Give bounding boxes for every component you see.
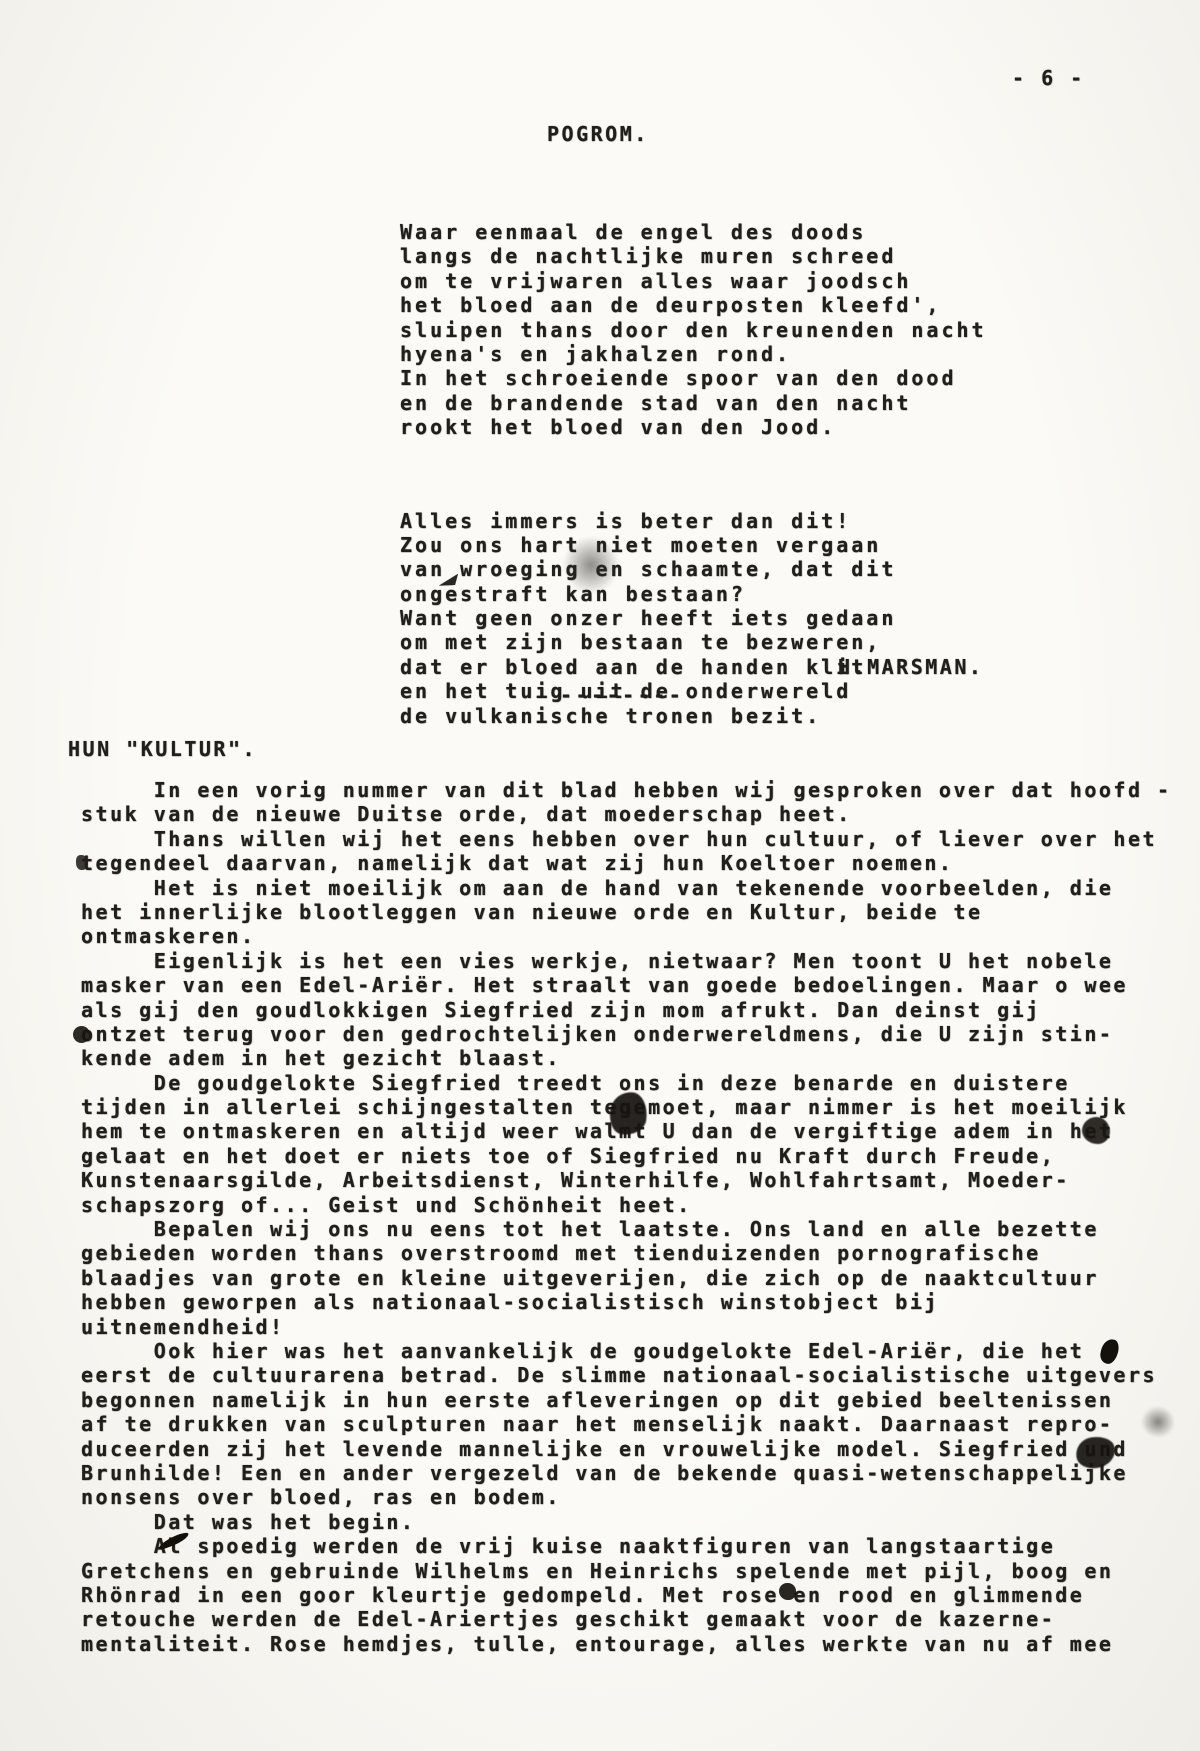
text-line: van wroeging en schaamte, dat dit <box>400 557 987 581</box>
article-body: In een vorig nummer van dit blad hebben … <box>81 778 1172 1656</box>
text-line: kende adem in het gezicht blaast. <box>81 1046 1172 1070</box>
text-line: eerst de cultuurarena betrad. De slimme … <box>81 1363 1172 1387</box>
text-line: hyena's en jakhalzen rond. <box>400 342 987 366</box>
text-line: stuk van de nieuwe Duitse orde, dat moed… <box>81 802 1172 826</box>
text-line: gebieden worden thans overstroomd met ti… <box>81 1241 1172 1265</box>
text-line: Waar eenmaal de engel des doods <box>400 220 987 244</box>
text-line: tijden in allerlei schijngestalten tegem… <box>81 1095 1172 1119</box>
text-line: de vulkanische tronen bezit. <box>400 704 987 728</box>
text-line: schapszorg of... Geist und Schönheit hee… <box>81 1193 1172 1217</box>
text-line: rookt het bloed van den Jood. <box>400 415 987 439</box>
text-line: In een vorig nummer van dit blad hebben … <box>81 778 1172 802</box>
text-line: af te drukken van sculpturen naar het me… <box>81 1412 1172 1436</box>
text-line: hebben geworpen als nationaal-socialisti… <box>81 1290 1172 1314</box>
text-line: nonsens over bloed, ras en bodem. <box>81 1485 1172 1509</box>
text-line: retouche werden de Edel-Ariertjes geschi… <box>81 1607 1172 1631</box>
text-line: als gij den goudlokkigen Siegfried zijn … <box>81 998 1172 1022</box>
text-line: langs de nachtlijke muren schreed <box>400 244 987 268</box>
text-line: en de brandende stad van den nacht <box>400 391 987 415</box>
text-line: blaadjes van grote en kleine uitgeverije… <box>81 1266 1172 1290</box>
text-line: duceerden zij het levende mannelijke en … <box>81 1437 1172 1461</box>
poem-stanza-2: Alles immers is beter dan dit!Zou ons ha… <box>400 509 987 729</box>
text-line: en het tuig uit de onderwereld <box>400 679 987 703</box>
text-line: In het schroeiende spoor van den dood <box>400 366 987 390</box>
text-line: Thans willen wij het eens hebben over hu… <box>81 827 1172 851</box>
text-line: Zou ons hart niet moeten vergaan <box>400 533 987 557</box>
text-line: Dat was het begin. <box>81 1510 1172 1534</box>
text-line: tegendeel daarvan, namelijk dat wat zij … <box>81 851 1172 875</box>
text-line: sluipen thans door den kreunenden nacht <box>400 318 987 342</box>
text-line: Gretchens en gebruinde Wilhelms en Heinr… <box>81 1559 1172 1583</box>
text-line: mentaliteit. Rose hemdjes, tulle, entour… <box>81 1632 1172 1656</box>
scanned-document-page: - 6 - POGROM. Waar eenmaal de engel des … <box>0 0 1200 1751</box>
text-line: Alles immers is beter dan dit! <box>400 509 987 533</box>
text-line: Het is niet moeilijk om aan de hand van … <box>81 876 1172 900</box>
text-line: begonnen namelijk in hun eerste afleveri… <box>81 1388 1172 1412</box>
text-line: Al spoedig werden de vrij kuise naaktfig… <box>81 1534 1172 1558</box>
text-line: Want geen onzer heeft iets gedaan <box>400 606 987 630</box>
text-line: Kunstenaarsgilde, Arbeitsdienst, Winterh… <box>81 1168 1172 1192</box>
poem-author: H.MARSMAN. <box>838 655 983 679</box>
text-line: masker van een Edel-Ariër. Het straalt v… <box>81 973 1172 997</box>
text-line: Ook hier was het aanvankelijk de goudgel… <box>81 1339 1172 1363</box>
text-line: Brunhilde! Een en ander vergezeld van de… <box>81 1461 1172 1485</box>
text-line: het bloed aan de deurposten kleefd', <box>400 293 987 317</box>
text-line: ongestraft kan bestaan? <box>400 582 987 606</box>
text-line: Bepalen wij ons nu eens tot het laatste.… <box>81 1217 1172 1241</box>
text-line: ontmaskeren. <box>81 924 1172 948</box>
poem-title: POGROM. <box>547 122 649 146</box>
article-heading: HUN "KULTUR". <box>68 737 257 761</box>
poem-body: Waar eenmaal de engel des doodslangs de … <box>400 172 987 776</box>
text-line: ontzet terug voor den gedrochtelijken on… <box>81 1022 1172 1046</box>
text-line: het innerlijke blootleggen van nieuwe or… <box>81 900 1172 924</box>
text-line: gelaat en het doet er niets toe of Siegf… <box>81 1144 1172 1168</box>
poem-stanza-1: Waar eenmaal de engel des doodslangs de … <box>400 220 987 440</box>
text-line: om met zijn bestaan te bezweren, <box>400 630 987 654</box>
text-line: uitnemendheid! <box>81 1315 1172 1339</box>
text-line: Eigenlijk is het een vies werkje, nietwa… <box>81 949 1172 973</box>
text-line: hem te ontmaskeren en altijd weer walmt … <box>81 1119 1172 1143</box>
section-separator: -------- <box>560 683 684 707</box>
text-line: om te vrijwaren alles waar joodsch <box>400 269 987 293</box>
text-line: Rhönrad in een goor kleurtje gedompeld. … <box>81 1583 1172 1607</box>
text-line: De goudgelokte Siegfried treedt ons in d… <box>81 1071 1172 1095</box>
page-number: - 6 - <box>1012 66 1085 90</box>
